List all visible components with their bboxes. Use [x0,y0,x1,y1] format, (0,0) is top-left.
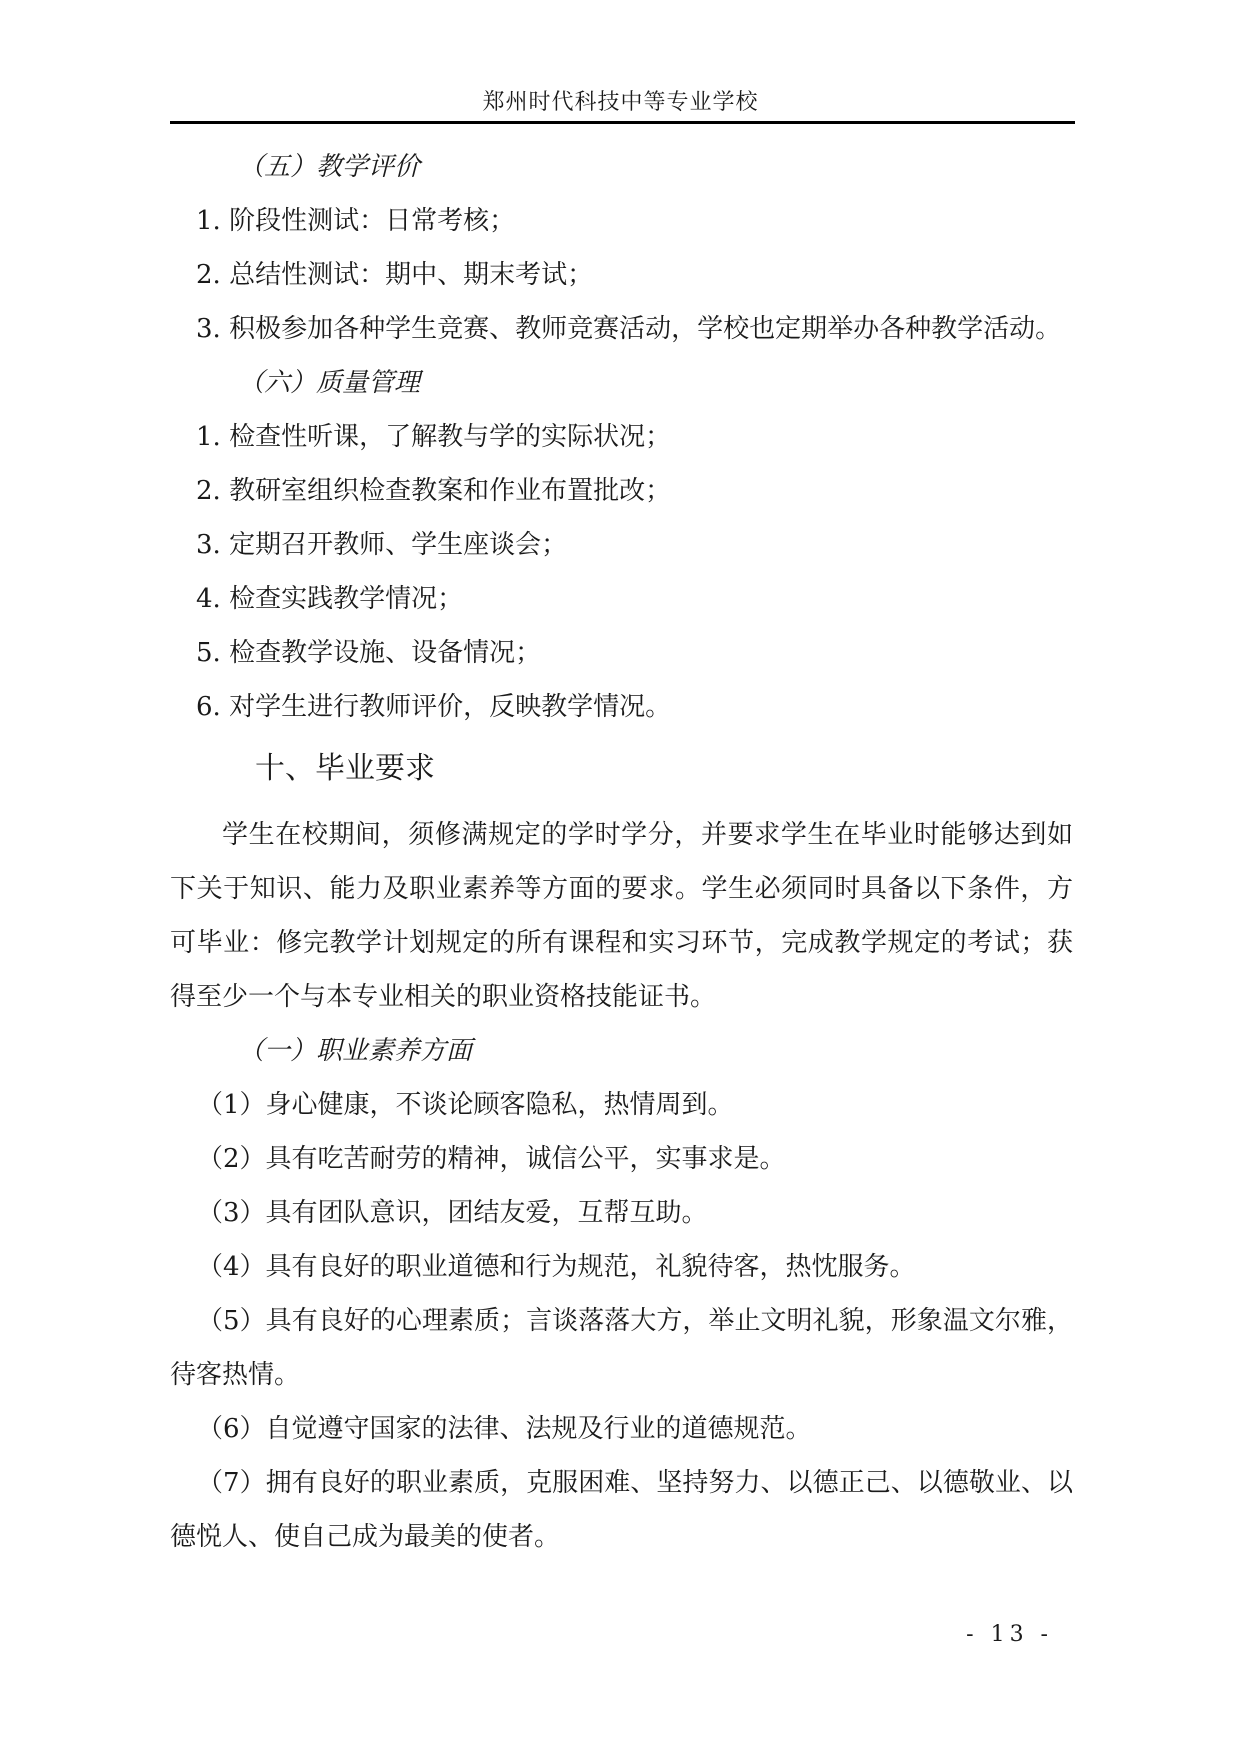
list-item: 2. 总结性测试：期中、期末考试； [170,248,1073,302]
list-item: （2）具有吃苦耐劳的精神，诚信公平，实事求是。 [170,1132,1073,1186]
document-page: 郑州时代科技中等专业学校 （五）教学评价 1. 阶段性测试：日常考核； 2. 总… [0,0,1241,1754]
list-item: 4. 检查实践教学情况； [170,572,1073,626]
list-item: （7）拥有良好的职业素质，克服困难、坚持努力、以德正己、以德敬业、以德悦人、使自… [170,1456,1073,1564]
list-item: （4）具有良好的职业道德和行为规范，礼貌待客，热忱服务。 [170,1240,1073,1294]
page-number: - 13 - [966,1622,1053,1647]
list-item: （3）具有团队意识，团结友爱，互帮互助。 [170,1186,1073,1240]
list-item: 2. 教研室组织检查教案和作业布置批改； [170,464,1073,518]
chapter-heading-graduation-requirements: 十、毕业要求 [170,742,1073,796]
list-item: （1）身心健康，不谈论顾客隐私，热情周到。 [170,1078,1073,1132]
section-heading-quality-management: （六）质量管理 [170,356,1073,410]
section-heading-teaching-evaluation: （五）教学评价 [170,140,1073,194]
list-item: 3. 定期召开教师、学生座谈会； [170,518,1073,572]
list-item: （6）自觉遵守国家的法律、法规及行业的道德规范。 [170,1402,1073,1456]
page-header: 郑州时代科技中等专业学校 [0,0,1241,124]
header-rule [170,121,1075,124]
document-content: （五）教学评价 1. 阶段性测试：日常考核； 2. 总结性测试：期中、期末考试；… [170,140,1073,1564]
list-item: 5. 检查教学设施、设备情况； [170,626,1073,680]
list-item: 1. 检查性听课，了解教与学的实际状况； [170,410,1073,464]
header-school-name: 郑州时代科技中等专业学校 [0,90,1241,116]
paragraph-graduation-overview: 学生在校期间，须修满规定的学时学分，并要求学生在毕业时能够达到如下关于知识、能力… [170,808,1073,1024]
list-item: 1. 阶段性测试：日常考核； [170,194,1073,248]
list-item: （5）具有良好的心理素质；言谈落落大方，举止文明礼貌，形象温文尔雅，待客热情。 [170,1294,1073,1402]
subsection-heading-professional-quality: （一）职业素养方面 [170,1024,1073,1078]
page-footer: - 13 - [0,1622,1053,1647]
list-item: 6. 对学生进行教师评价，反映教学情况。 [170,680,1073,734]
list-item: 3. 积极参加各种学生竞赛、教师竞赛活动，学校也定期举办各种教学活动。 [170,302,1073,356]
